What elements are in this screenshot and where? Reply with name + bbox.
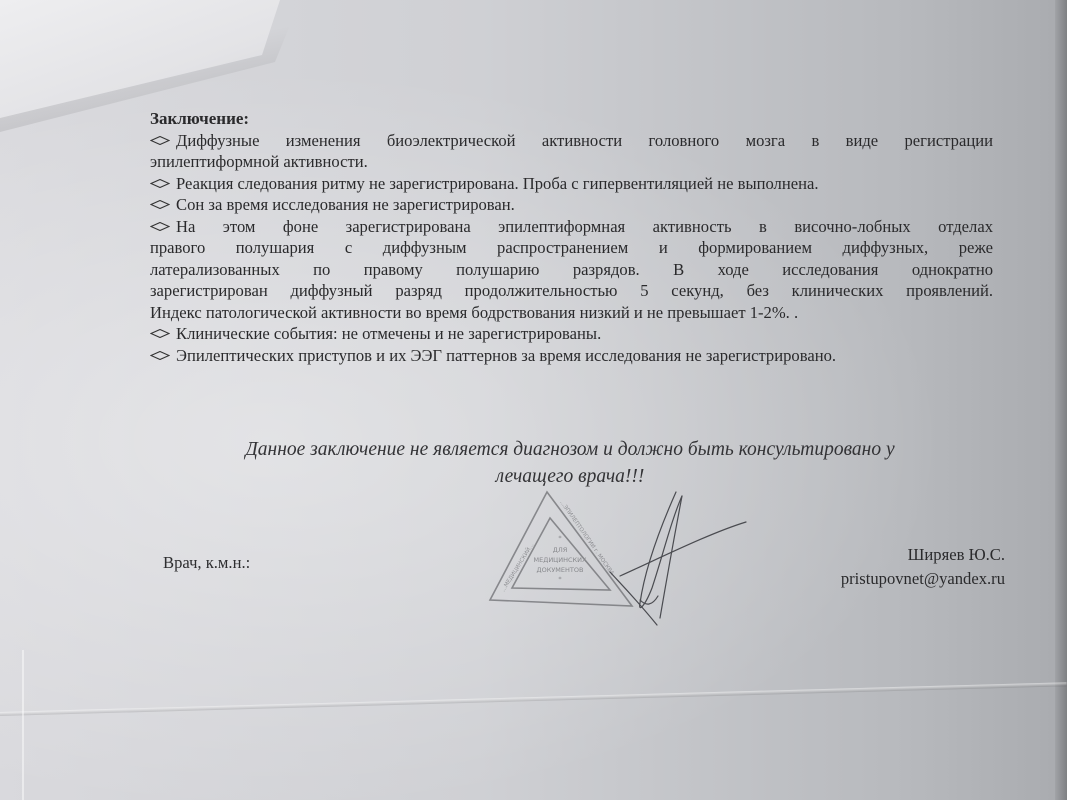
diamond-bullet-icon [150,222,170,231]
svg-text:*: * [558,575,562,583]
item-text: Сон за время исследования не зарегистрир… [176,195,515,214]
disclaimer-line-2: лечащего врача!!! [160,463,980,490]
page-edge-shadow [1055,0,1067,800]
diamond-bullet-icon [150,179,170,188]
conclusion-section: Заключение: Диффузные изменения биоэлект… [150,108,993,366]
item-text: Диффузные изменения биоэлектрической акт… [176,131,993,150]
doctor-signature-block: Ширяев Ю.С. pristupovnet@yandex.ru [841,543,1005,591]
handwritten-signature [600,488,780,643]
item-text: зарегистрирован диффузный разряд продолж… [150,280,993,302]
diamond-bullet-icon [150,136,170,145]
disclaimer-line-1: Данное заключение не является диагнозом … [160,436,980,463]
diamond-bullet-icon [150,200,170,209]
conclusion-item-5: Клинические события: не отмечены и не за… [150,323,993,345]
disclaimer-note: Данное заключение не является диагнозом … [160,436,980,490]
doctor-name: Ширяев Ю.С. [841,543,1005,567]
item-text: правого полушария с диффузным распростра… [150,237,993,259]
conclusion-item-6: Эпилептических приступов и их ЭЭГ паттер… [150,345,993,367]
conclusion-item-2: Реакция следования ритму не зарегистриро… [150,173,993,195]
stamp-line-3: ДОКУМЕНТОВ [537,566,584,574]
item-text: На этом фоне зарегистрирована эпилептифо… [176,217,993,236]
doctor-label: Врач, к.м.н.: [163,553,250,573]
conclusion-item-4: На этом фоне зарегистрирована эпилептифо… [150,216,993,324]
svg-text:*: * [558,534,562,542]
stamp-line-1: ДЛЯ [553,546,567,554]
item-text: латерализованных по правому полушарию ра… [150,259,993,281]
item-text: Реакция следования ритму не зарегистриро… [176,174,818,193]
item-text: Эпилептических приступов и их ЭЭГ паттер… [176,346,836,365]
stamp-line-2: МЕДИЦИНСКИХ [534,556,587,564]
conclusion-item-3: Сон за время исследования не зарегистрир… [150,194,993,216]
item-text: Индекс патологической активности во врем… [150,302,993,324]
stamp-left-edge-text: …МЕДИЦИНСКИЙ… [500,542,536,593]
conclusion-heading: Заключение: [150,108,993,130]
paper-vertical-crease [22,650,24,800]
item-text: Клинические события: не отмечены и не за… [176,324,601,343]
doctor-email: pristupovnet@yandex.ru [841,567,1005,591]
item-text: эпилептиформной активности. [150,151,993,173]
diamond-bullet-icon [150,351,170,360]
conclusion-item-1: Диффузные изменения биоэлектрической акт… [150,130,993,173]
diamond-bullet-icon [150,329,170,338]
